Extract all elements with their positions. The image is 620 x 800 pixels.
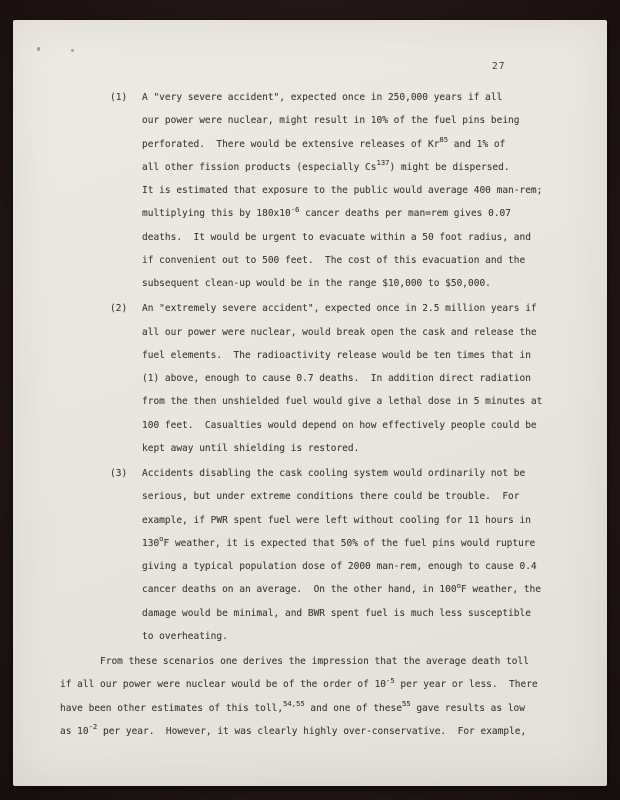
superscript: 54,55 [283, 699, 305, 708]
text-line: serious, but under extreme conditions th… [142, 485, 580, 508]
text-line: 100 feet. Casualties would depend on how… [142, 414, 580, 437]
numbered-item-2: (2)An "extremely severe accident", expec… [110, 297, 580, 460]
superscript: o [457, 581, 461, 590]
text-line: (1) above, enough to cause 0.7 deaths. I… [142, 367, 580, 390]
text-line: deaths. It would be urgent to evacuate w… [142, 226, 580, 249]
superscript: 137 [377, 158, 390, 167]
text-line: all our power were nuclear, would break … [142, 321, 580, 344]
item-marker: (2) [110, 297, 142, 460]
text-line: have been other estimates of this toll,5… [60, 697, 580, 720]
item-text: Accidents disabling the cask cooling sys… [142, 462, 580, 648]
closing-paragraph: From these scenarios one derives the imp… [60, 650, 580, 743]
text-line: all other fission products (especially C… [142, 156, 580, 179]
text-line: example, if PWR spent fuel were left wit… [142, 509, 580, 532]
text-line: multiplying this by 180x10-6 cancer deat… [142, 202, 580, 225]
text-line: From these scenarios one derives the imp… [60, 650, 580, 673]
superscript: 85 [439, 135, 448, 144]
text-line: cancer deaths on an average. On the othe… [142, 578, 580, 601]
text-line: to overheating. [142, 625, 580, 648]
text-line: damage would be minimal, and BWR spent f… [142, 602, 580, 625]
text-line: kept away until shielding is restored. [142, 437, 580, 460]
text-line: fuel elements. The radioactivity release… [142, 344, 580, 367]
superscript: -2 [89, 722, 98, 731]
numbered-item-1: (1)A "very severe accident", expected on… [110, 86, 580, 295]
text-line: It is estimated that exposure to the pub… [142, 179, 580, 202]
document-body: (1)A "very severe accident", expected on… [110, 86, 580, 743]
superscript: 55 [402, 699, 411, 708]
text-line: 130oF weather, it is expected that 50% o… [142, 532, 580, 555]
superscript: o [159, 534, 163, 543]
item-marker: (1) [110, 86, 142, 295]
text-line: perforated. There would be extensive rel… [142, 133, 580, 156]
superscript: -6 [291, 205, 300, 214]
text-line: if convenient out to 500 feet. The cost … [142, 249, 580, 272]
page-number: 27 [492, 61, 505, 72]
superscript: -5 [386, 676, 395, 685]
text-line: An "extremely severe accident", expected… [142, 297, 580, 320]
item-text: A "very severe accident", expected once … [142, 86, 580, 295]
photo-background: { "page": { "number": "27" }, "colors": … [0, 0, 620, 800]
item-marker: (3) [110, 462, 142, 648]
numbered-item-3: (3)Accidents disabling the cask cooling … [110, 462, 580, 648]
text-line: Accidents disabling the cask cooling sys… [142, 462, 580, 485]
text-line: from the then unshielded fuel would give… [142, 390, 580, 413]
text-line: if all our power were nuclear would be o… [60, 673, 580, 696]
text-line: giving a typical population dose of 2000… [142, 555, 580, 578]
text-line: subsequent clean-up would be in the rang… [142, 272, 580, 295]
document-page: 27 (1)A "very severe accident", expected… [13, 20, 607, 786]
paper-speck-mark [71, 49, 74, 52]
text-line: as 10-2 per year. However, it was clearl… [60, 720, 580, 743]
text-line: A "very severe accident", expected once … [142, 86, 580, 109]
paper-speck-mark [37, 47, 40, 51]
item-text: An "extremely severe accident", expected… [142, 297, 580, 460]
text-line: our power were nuclear, might result in … [142, 109, 580, 132]
